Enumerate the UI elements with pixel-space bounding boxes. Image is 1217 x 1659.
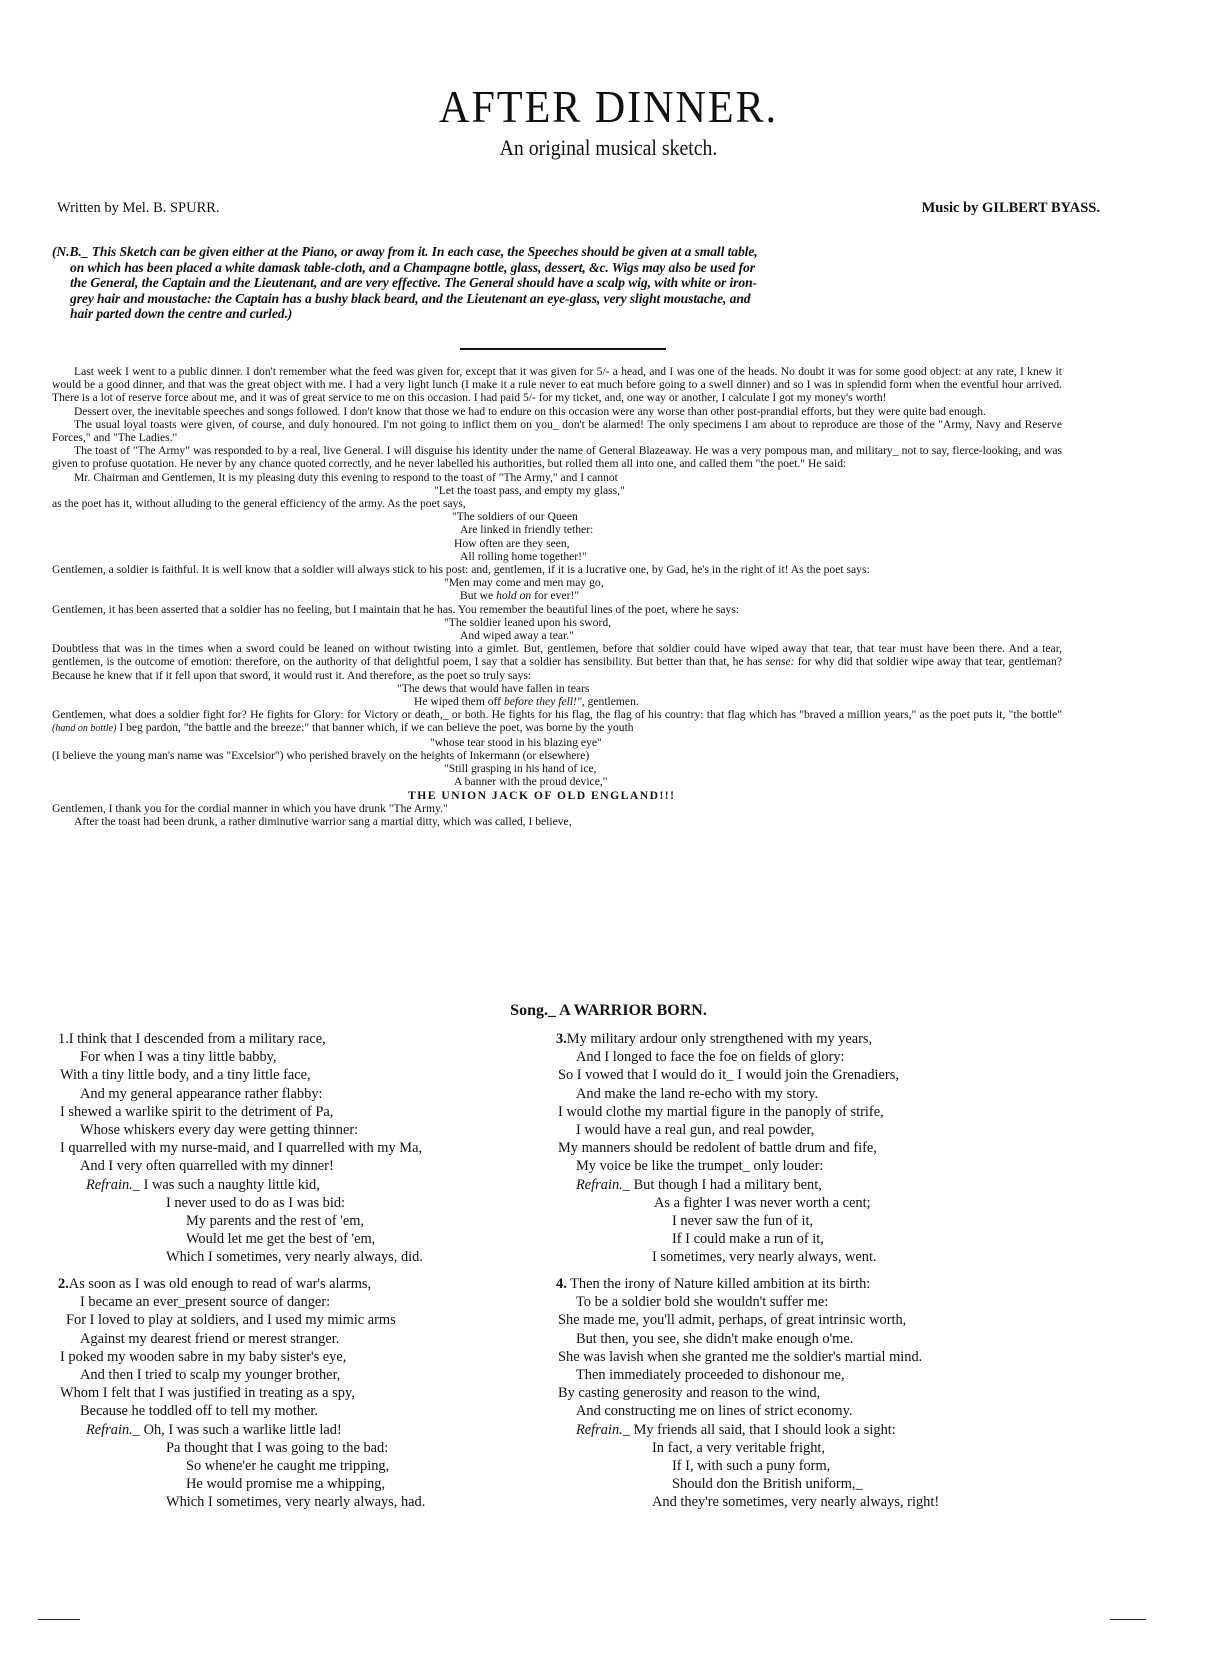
song-verse-1: 1.I think that I descended from a milita… <box>58 1030 618 1267</box>
paragraph: Dessert over, the inevitable speeches an… <box>52 405 1062 418</box>
refrain-line: My parents and the rest of 'em, <box>58 1212 618 1230</box>
note-line: on which has been placed a white damask … <box>52 260 1052 276</box>
verse-line: For I loved to play at soldiers, and I u… <box>58 1311 618 1329</box>
quotation-line: And wiped away a tear." <box>52 629 1062 642</box>
note-line: hair parted down the centre and curled.) <box>52 306 1052 322</box>
verse-line: I shewed a warlike spirit to the detrime… <box>58 1103 618 1121</box>
refrain-line: Refrain._ My friends all said, that I sh… <box>556 1421 1116 1439</box>
verse-line: 4. Then the irony of Nature killed ambit… <box>556 1275 1116 1293</box>
verse-line: But then, you see, she didn't make enoug… <box>556 1330 1116 1348</box>
verse-line: I would clothe my martial figure in the … <box>556 1103 1116 1121</box>
verse-line: For when I was a tiny little babby, <box>58 1048 618 1066</box>
refrain-text: I was such a naughty little kid, <box>144 1177 320 1193</box>
quotation-line: He wiped them off before they fell!", ge… <box>52 695 1062 708</box>
staging-note: (N.B._ This Sketch can be given either a… <box>52 244 1052 322</box>
verse-line: 1.I think that I descended from a milita… <box>58 1030 618 1048</box>
verse-line: Whose whiskers every day were getting th… <box>58 1121 618 1139</box>
refrain-text: But though I had a military bent, <box>634 1177 822 1193</box>
refrain-line: I never used to do as I was bid: <box>58 1194 618 1212</box>
verse-line: And my general appearance rather flabby: <box>58 1085 618 1103</box>
paragraph: The toast of "The Army" was responded to… <box>52 444 1062 470</box>
paragraph: Gentlemen, it has been asserted that a s… <box>52 603 1062 616</box>
song-verse-4: 4. Then the irony of Nature killed ambit… <box>556 1275 1116 1512</box>
verse-line: My voice be like the trumpet_ only loude… <box>556 1157 1116 1175</box>
section-divider <box>460 348 666 350</box>
scan-mark <box>38 1619 80 1620</box>
refrain-line: Refrain._ I was such a naughty little ki… <box>58 1176 618 1194</box>
quote-text: But we <box>460 589 496 602</box>
paragraph-text: Gentlemen, what does a soldier fight for… <box>52 708 1062 721</box>
paragraph: Gentlemen, a soldier is faithful. It is … <box>52 563 1062 576</box>
refrain-line: Pa thought that I was going to the bad: <box>58 1439 618 1457</box>
verse-line: With a tiny little body, and a tiny litt… <box>58 1066 618 1084</box>
page-subtitle: An original musical sketch. <box>61 135 1156 161</box>
song-verse-2: 2.As soon as I was old enough to read of… <box>58 1275 618 1512</box>
quote-text: He wiped them off <box>414 695 504 708</box>
quotation-line: How often are they seen, <box>52 537 1062 550</box>
author-credit: Written by Mel. B. SPURR. <box>57 200 220 217</box>
refrain-line: If I, with such a puny form, <box>556 1457 1116 1475</box>
paragraph: Doubtless that was in the times when a s… <box>52 642 1062 682</box>
verse-number: 3. <box>556 1031 567 1047</box>
song-verse-3: 3.My military ardour only strengthened w… <box>556 1030 1116 1267</box>
paragraph: Gentlemen, what does a soldier fight for… <box>52 708 1062 735</box>
quotation-line: "The dews that would have fallen in tear… <box>52 682 1062 695</box>
refrain-line: I never saw the fun of it, <box>556 1212 1116 1230</box>
verse-line: And constructing me on lines of strict e… <box>556 1402 1116 1420</box>
song-title: Song._ A WARRIOR BORN. <box>0 1002 1217 1020</box>
verse-line: She was lavish when she granted me the s… <box>556 1348 1116 1366</box>
paragraph: Gentlemen, I thank you for the cordial m… <box>52 802 1062 815</box>
verse-line: I became an ever_present source of dange… <box>58 1293 618 1311</box>
verse-line: And then I tried to scalp my younger bro… <box>58 1366 618 1384</box>
paragraph: Mr. Chairman and Gentlemen, It is my ple… <box>52 471 1062 484</box>
quote-text: for ever!" <box>531 589 579 602</box>
verse-text: My military ardour only strengthened wit… <box>567 1031 872 1047</box>
refrain-text: Oh, I was such a warlike little lad! <box>144 1422 342 1438</box>
refrain-line: Which I sometimes, very nearly always, h… <box>58 1493 618 1511</box>
verse-number: 4. <box>556 1276 567 1292</box>
refrain-line: Refrain._ But though I had a military be… <box>556 1176 1116 1194</box>
verse-line: By casting generosity and reason to the … <box>556 1384 1116 1402</box>
paragraph: as the poet has it, without alluding to … <box>52 497 1062 510</box>
quotation: "Let the toast pass, and empty my glass,… <box>52 484 1062 497</box>
refrain-label: Refrain._ <box>576 1422 630 1438</box>
verse-line: And I longed to face the foe on fields o… <box>556 1048 1116 1066</box>
quotation-line: "Still grasping in his hand of ice, <box>52 762 1062 775</box>
refrain-line: If I could make a run of it, <box>556 1230 1116 1248</box>
quotation-line: All rolling home together!" <box>52 550 1062 563</box>
paragraph: (I believe the young man's name was "Exc… <box>52 749 1062 762</box>
paragraph-text: I beg pardon, "the battle and the breeze… <box>116 721 633 734</box>
verse-line: 2.As soon as I was old enough to read of… <box>58 1275 618 1293</box>
refrain-label: Refrain._ <box>86 1177 140 1193</box>
paragraph: Last week I went to a public dinner. I d… <box>52 365 1062 405</box>
verse-line: Because he toddled off to tell my mother… <box>58 1402 618 1420</box>
stage-direction: (hand on bottle) <box>52 723 116 734</box>
note-line: (N.B._ This Sketch can be given either a… <box>52 244 1052 260</box>
refrain-line: Which I sometimes, very nearly always, d… <box>58 1248 618 1266</box>
verse-line: My manners should be redolent of battle … <box>556 1139 1116 1157</box>
refrain-line: As a fighter I was never worth a cent; <box>556 1194 1116 1212</box>
quotation-line: "whose tear stood in his blazing eye" <box>52 736 1062 749</box>
refrain-label: Refrain._ <box>576 1177 630 1193</box>
verse-number: 1. <box>58 1031 69 1047</box>
refrain-line: He would promise me a whipping, <box>58 1475 618 1493</box>
verse-line: I quarrelled with my nurse-maid, and I q… <box>58 1139 618 1157</box>
quotation-line: But we hold on for ever!" <box>52 589 1062 602</box>
verse-text: Then the irony of Nature killed ambition… <box>570 1276 870 1292</box>
composer-credit: Music by GILBERT BYASS. <box>922 200 1100 217</box>
verse-line: And make the land re-echo with my story. <box>556 1085 1116 1103</box>
paragraph: After the toast had been drunk, a rather… <box>52 815 1062 828</box>
emphasis-text: hold on <box>496 589 531 602</box>
refrain-label: Refrain._ <box>86 1422 140 1438</box>
refrain-line: Refrain._ Oh, I was such a warlike littl… <box>58 1421 618 1439</box>
refrain-line: Should don the British uniform,_ <box>556 1475 1116 1493</box>
verse-line: And I very often quarrelled with my dinn… <box>58 1157 618 1175</box>
emphasis-text: before they fell!" <box>504 695 582 708</box>
verse-line: 3.My military ardour only strengthened w… <box>556 1030 1116 1048</box>
refrain-line: So whene'er he caught me tripping, <box>58 1457 618 1475</box>
quote-text: , gentlemen. <box>582 695 639 708</box>
verse-number: 2. <box>58 1276 69 1292</box>
refrain-line: In fact, a very veritable fright, <box>556 1439 1116 1457</box>
note-line: the General, the Captain and the Lieuten… <box>52 275 1052 291</box>
verse-line: Whom I felt that I was justified in trea… <box>58 1384 618 1402</box>
emphasis-text: sense: <box>766 655 795 668</box>
verse-line: She made me, you'll admit, perhaps, of g… <box>556 1311 1116 1329</box>
refrain-line: I sometimes, very nearly always, went. <box>556 1248 1116 1266</box>
verse-line: I would have a real gun, and real powder… <box>556 1121 1116 1139</box>
quotation-line: "The soldier leaned upon his sword, <box>52 616 1062 629</box>
quotation-line: "Men may come and men may go, <box>52 576 1062 589</box>
quotation-line: A banner with the proud device," <box>52 775 1062 788</box>
refrain-line: Would let me get the best of 'em, <box>58 1230 618 1248</box>
quotation-line: THE UNION JACK OF OLD ENGLAND!!! <box>52 789 1062 802</box>
verse-line: Against my dearest friend or merest stra… <box>58 1330 618 1348</box>
page-title: AFTER DINNER. <box>49 80 1169 133</box>
verse-line: So I vowed that I would do it_ I would j… <box>556 1066 1116 1084</box>
quotation-line: "The soldiers of our Queen <box>52 510 1062 523</box>
verse-text: As soon as I was old enough to read of w… <box>69 1276 371 1292</box>
scan-mark <box>1110 1619 1146 1620</box>
speech-text: Last week I went to a public dinner. I d… <box>52 365 1062 828</box>
verse-line: Then immediately proceeded to dishonour … <box>556 1366 1116 1384</box>
refrain-text: My friends all said, that I should look … <box>634 1422 896 1438</box>
note-line: grey hair and moustache: the Captain has… <box>52 291 1052 307</box>
paragraph: The usual loyal toasts were given, of co… <box>52 418 1062 444</box>
verse-text: I think that I descended from a military… <box>69 1031 326 1047</box>
quotation-line: Are linked in friendly tether: <box>52 523 1062 536</box>
verse-line: I poked my wooden sabre in my baby siste… <box>58 1348 618 1366</box>
verse-line: To be a soldier bold she wouldn't suffer… <box>556 1293 1116 1311</box>
refrain-line: And they're sometimes, very nearly alway… <box>556 1493 1116 1511</box>
sheet-music-page: AFTER DINNER. An original musical sketch… <box>0 0 1217 1659</box>
